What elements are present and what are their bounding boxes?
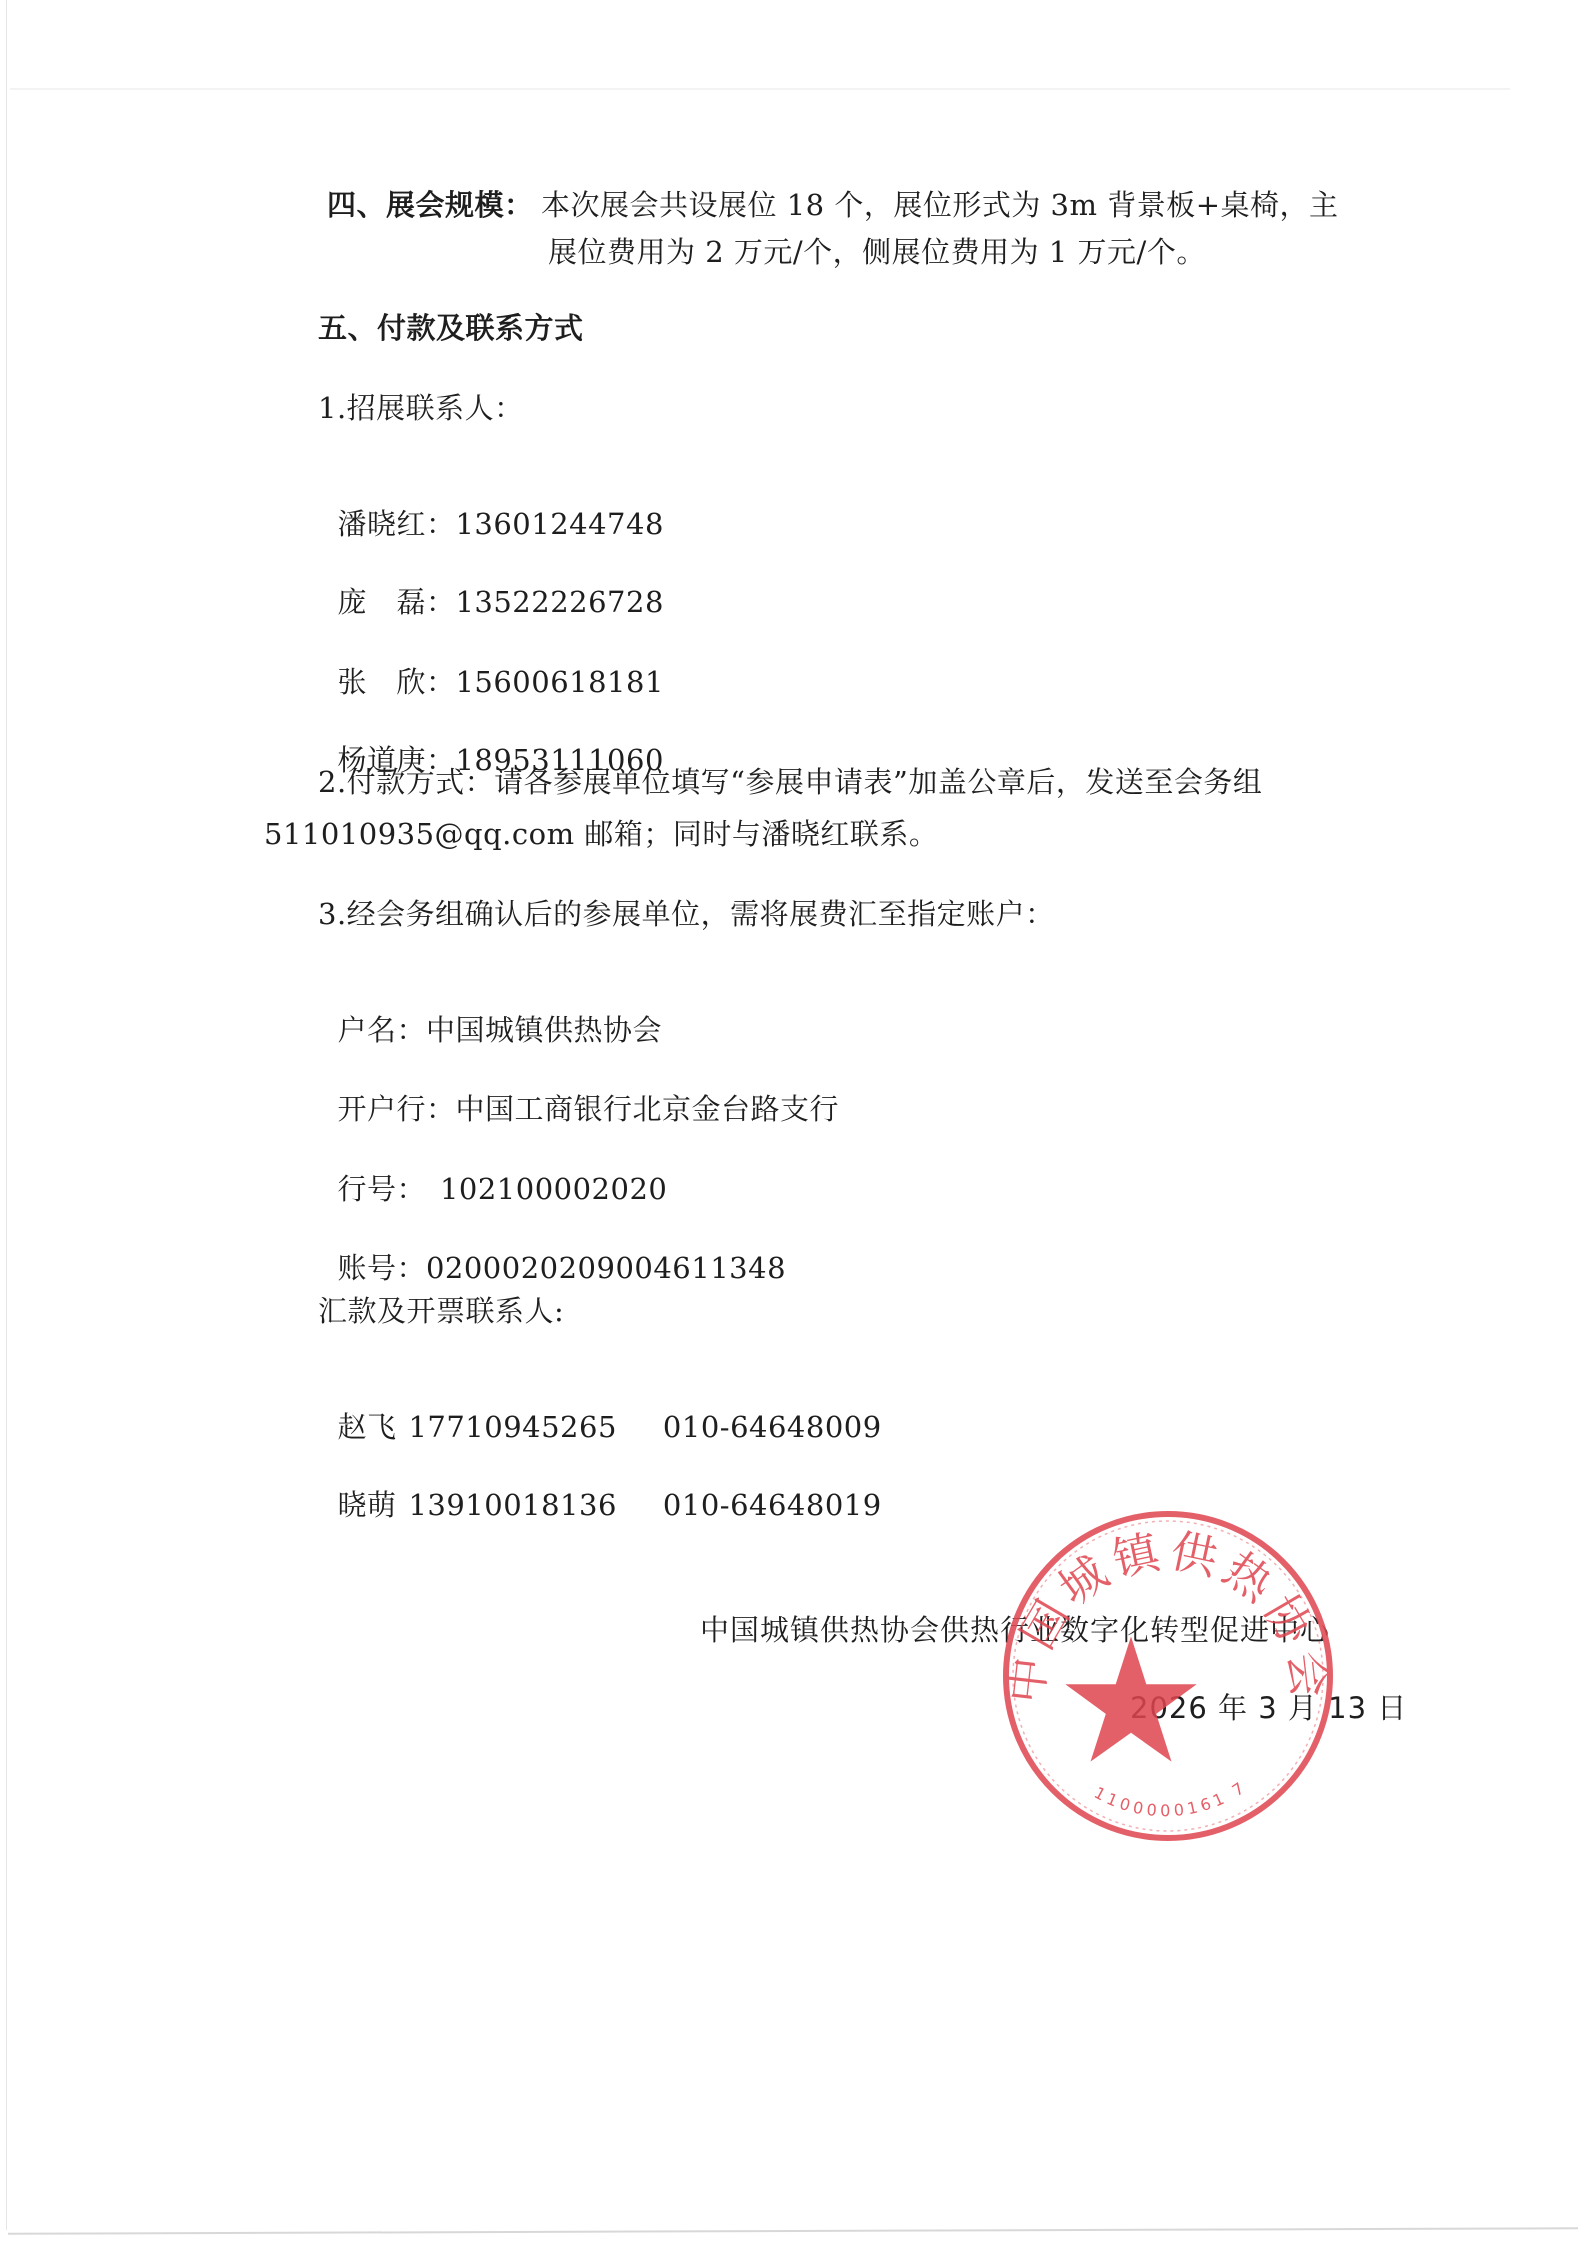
- section5-heading: 五、付款及联系方式: [318, 310, 584, 346]
- bank-value: 中国工商银行北京金台路支行: [455, 1092, 839, 1126]
- contact-row: 潘晓红：13601244748: [318, 470, 664, 542]
- invoice-contact-row: 赵飞17710945265010-64648009: [318, 1373, 882, 1445]
- contact-phone: 13601244748: [455, 507, 663, 541]
- exhibit-contacts-title: 1.招展联系人：: [318, 390, 524, 426]
- invoice-contact-mobile: 13910018136: [408, 1488, 616, 1522]
- invoice-contact-tel: 010-64648009: [663, 1410, 882, 1444]
- invoice-contacts-title: 汇款及开票联系人:: [318, 1293, 564, 1329]
- invoice-contact-row: 晓萌13910018136010-64648019: [318, 1451, 882, 1523]
- transfer-intro: 3.经会务组确认后的参展单位，需将展费汇至指定账户：: [318, 896, 1055, 932]
- svg-text:1100000161 7: 1100000161 7: [1091, 1776, 1251, 1820]
- payment-method-line1: 2.付款方式：请各参展单位填写“参展申请表”加盖公章后，发送至会务组: [318, 764, 1262, 800]
- section4-text-line1: 本次展会共设展位 18 个，展位形式为 3m 背景板+桌椅，主: [541, 187, 1339, 223]
- account-name-label: 户名：: [337, 1013, 426, 1047]
- invoice-contact-name: 赵飞: [337, 1410, 396, 1444]
- page-edge: [8, 2227, 1578, 2234]
- bank-no-value: 102100002020: [440, 1172, 667, 1206]
- section4-heading: 四、展会规模：: [327, 187, 534, 223]
- seal-icon: 中国城镇供热协会 1100000161 7: [998, 1506, 1338, 1846]
- account-no-label: 账号：: [337, 1251, 426, 1285]
- signature-org: 中国城镇供热协会供热行业数字化转型促进中心: [700, 1612, 1330, 1648]
- account-no-row: 账号：0200020209004611348: [318, 1214, 786, 1286]
- invoice-contact-name: 晓萌: [337, 1488, 396, 1522]
- official-seal-stamp: 中国城镇供热协会 1100000161 7: [998, 1506, 1338, 1846]
- account-name-value: 中国城镇供热协会: [426, 1013, 662, 1047]
- contact-phone: 15600618181: [455, 665, 663, 699]
- contact-name: 庞 磊：: [337, 585, 455, 619]
- account-no-value: 0200020209004611348: [426, 1251, 786, 1285]
- contact-row: 张 欣：15600618181: [318, 628, 664, 700]
- payment-method-line2: 511010935@qq.com 邮箱；同时与潘晓红联系。: [264, 816, 938, 852]
- scan-artifact: [10, 88, 1510, 90]
- bank-no-row: 行号：102100002020: [318, 1135, 667, 1207]
- contact-row: 庞 磊：13522226728: [318, 548, 664, 620]
- signature-date: 2026 年 3 月 13 日: [1130, 1690, 1407, 1726]
- account-name-row: 户名：中国城镇供热协会: [318, 976, 662, 1048]
- section4-text-line2: 展位费用为 2 万元/个，侧展位费用为 1 万元/个。: [548, 234, 1206, 270]
- invoice-contact-tel: 010-64648019: [663, 1488, 882, 1522]
- contact-name: 张 欣：: [337, 665, 455, 699]
- bank-no-label: 行号：: [337, 1172, 426, 1206]
- bank-label: 开户行：: [337, 1092, 455, 1126]
- invoice-contact-mobile: 17710945265: [408, 1410, 616, 1444]
- page-edge: [6, 0, 7, 2230]
- bank-row: 开户行：中国工商银行北京金台路支行: [318, 1055, 839, 1127]
- contact-name: 潘晓红：: [337, 507, 455, 541]
- contact-phone: 13522226728: [455, 585, 663, 619]
